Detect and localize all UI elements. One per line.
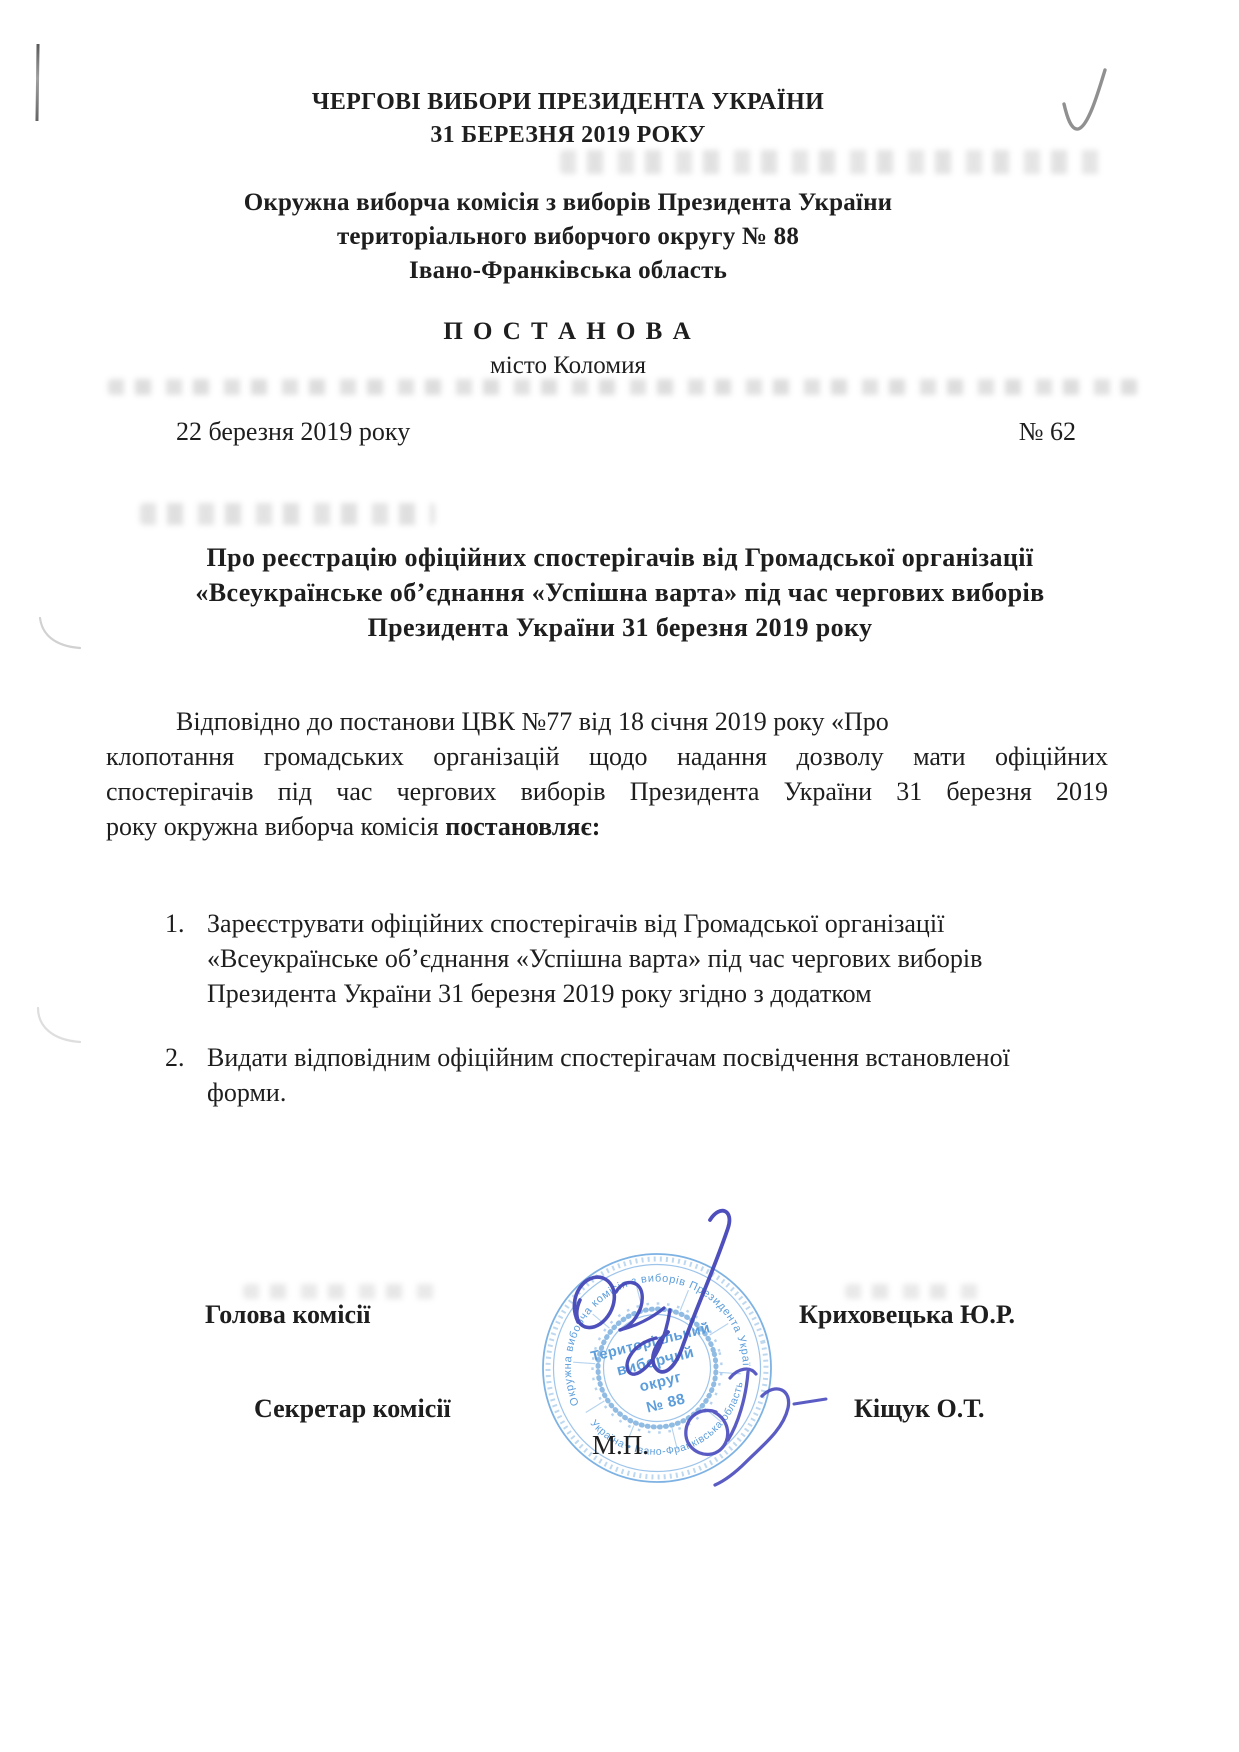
election-header-line2: 31 БЕРЕЗНЯ 2019 РОКУ: [0, 119, 1136, 152]
commission-name-line1: Окружна виборча комісія з виборів Презид…: [0, 186, 1136, 220]
commission-name-line2: територіального виборчого округу № 88: [0, 220, 1136, 254]
bleedthrough-artifact: [243, 1284, 438, 1299]
pencil-arc-artifact: [34, 610, 90, 658]
head-signature: [574, 1211, 729, 1374]
resolution-item-2: 2. Видати відповідним офіційним спостері…: [207, 1040, 1055, 1110]
body-line4: року окружна виборча комісія постановляє…: [106, 809, 1108, 844]
scanned-document-page: { "document": { "header": { "line1": "ЧЕ…: [0, 0, 1239, 1752]
election-header-line1: ЧЕРГОВІ ВИБОРИ ПРЕЗИДЕНТА УКРАЇНИ: [0, 86, 1136, 119]
secretary-signature: [686, 1369, 826, 1485]
subject-line2: «Всеукраїнське об’єднання «Успішна варта…: [100, 575, 1140, 610]
bleedthrough-artifact: [560, 150, 1105, 174]
commission-name-line3: Івано-Франківська область: [0, 254, 1136, 288]
signature-role-secretary: Секретар комісії: [254, 1394, 451, 1424]
handwritten-signatures: [520, 1150, 960, 1510]
body-line1: Відповідно до постанови ЦВК №77 від 18 с…: [106, 704, 1178, 739]
date-number-row: 22 березня 2019 року № 62: [176, 417, 1076, 447]
bleedthrough-artifact: [108, 379, 1138, 395]
doc-type-title: П О С Т А Н О В А: [0, 318, 1136, 346]
body-line4-text: року окружна виборча комісія: [106, 812, 445, 841]
resolve-word: постановляє:: [445, 812, 600, 841]
signature-role-head: Голова комісії: [205, 1300, 370, 1330]
item-2-marker: 2.: [165, 1040, 185, 1075]
doc-place: місто Коломия: [0, 352, 1136, 380]
bleedthrough-artifact: [140, 503, 435, 525]
doc-number: № 62: [1019, 417, 1076, 447]
item-1-marker: 1.: [165, 906, 185, 941]
body-line3: спостерігачів під час чергових виборів П…: [106, 774, 1108, 809]
doc-date: 22 березня 2019 року: [176, 417, 410, 447]
item-2-text: Видати відповідним офіційним спостерігач…: [207, 1043, 1010, 1107]
resolution-item-1: 1. Зареєструвати офіційних спостерігачів…: [207, 906, 1055, 1011]
body-line2: клопотання громадських організацій щодо …: [106, 739, 1108, 774]
pencil-arc-artifact: [30, 1000, 88, 1052]
subject-line1: Про реєстрацію офіційних спостерігачів в…: [100, 540, 1140, 575]
subject-line3: Президента України 31 березня 2019 року: [100, 610, 1140, 645]
item-1-text: Зареєструвати офіційних спостерігачів ві…: [207, 909, 982, 1008]
